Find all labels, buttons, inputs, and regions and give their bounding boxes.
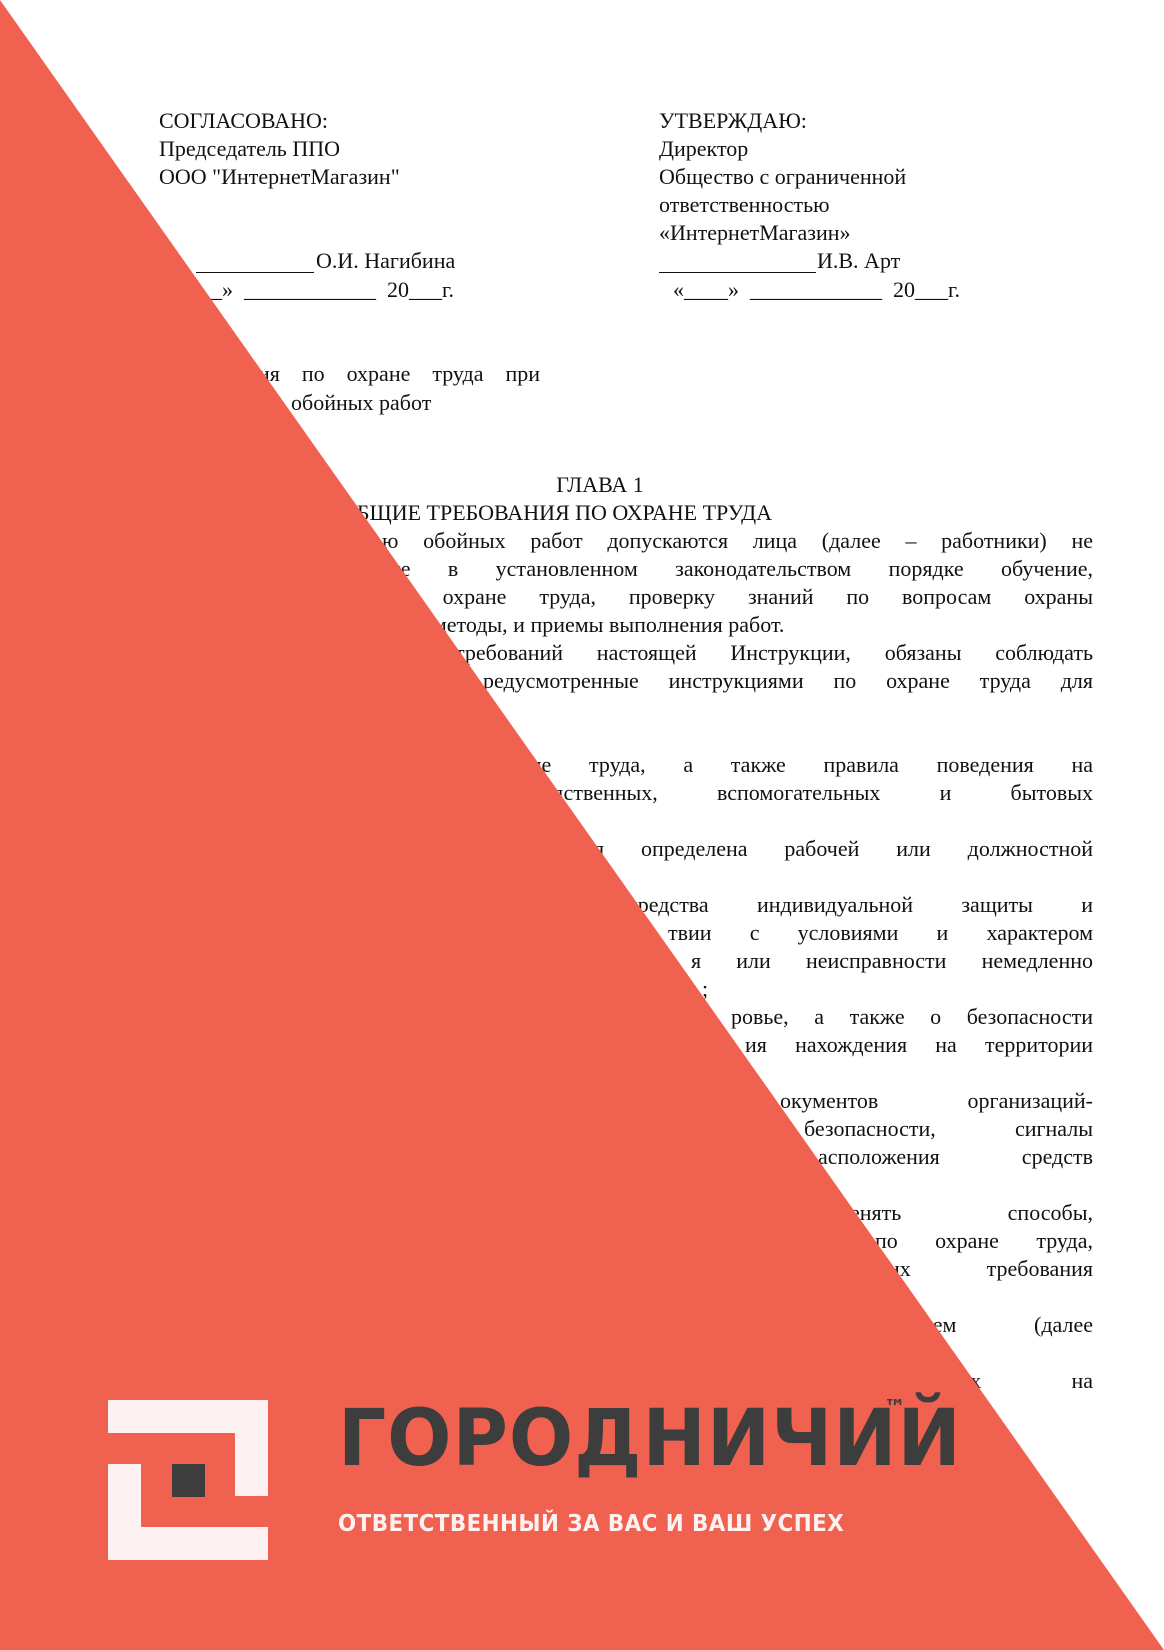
- approval-left-organization: ООО "ИнтернетМагазин": [159, 166, 400, 188]
- approval-left-title: СОГЛАСОВАНО:: [159, 110, 328, 132]
- body-line: ные методы, и приемы выполнения работ.: [391, 614, 784, 636]
- approval-right-signature-name: И.В. Арт: [817, 250, 900, 272]
- approval-left-signature-name: О.И. Нагибина: [316, 250, 455, 272]
- body-line: ия нахождения на территории: [745, 1034, 1093, 1056]
- approval-left-position: Председатель ППО: [159, 138, 340, 160]
- body-line: по охране труда, проверку знаний по вопр…: [387, 586, 1093, 608]
- body-line: твии с условиями и характером: [668, 922, 1093, 944]
- body-line: ровье, а также о безопасности: [731, 1006, 1093, 1028]
- approval-right-organization-2: ответственностью: [659, 194, 830, 216]
- body-line: шие в установленном законодательством по…: [372, 558, 1093, 580]
- body-line: по охране труда,: [875, 1230, 1093, 1252]
- body-line: редусмотренные инструкциями по охране тр…: [483, 670, 1093, 692]
- body-line: я или неисправности немедленно: [691, 950, 1093, 972]
- body-line: я определена рабочей или должностной: [594, 838, 1093, 860]
- body-line: требований настоящей Инструкции, обязаны…: [455, 642, 1093, 664]
- approval-right-position: Директор: [659, 138, 748, 160]
- approval-left-date-line: __» ____________ 20___г.: [200, 279, 454, 301]
- body-line: ием (далее: [921, 1314, 1093, 1336]
- body-line: их требования: [888, 1258, 1093, 1280]
- approval-right-date-line: «____» ____________ 20___г.: [673, 279, 960, 301]
- body-line: безопасности, сигналы: [804, 1118, 1093, 1140]
- approval-right-organization-1: Общество с ограниченной: [659, 166, 906, 188]
- document-title-line-2: обойных работ: [291, 392, 431, 414]
- body-line: асположения средств: [818, 1146, 1093, 1168]
- chapter-number: ГЛАВА 1: [400, 474, 800, 496]
- chapter-title: ОБЩИЕ ТРЕБОВАНИЯ ПО ОХРАНЕ ТРУДА: [341, 502, 772, 524]
- trademark-symbol: ™: [884, 1398, 906, 1420]
- document-title-line-1: ия по охране труда при: [258, 363, 540, 385]
- body-line: енять способы,: [850, 1202, 1093, 1224]
- body-line: ране труда, а также правила поведения на: [509, 754, 1093, 776]
- approval-left-signature-line: [196, 250, 314, 273]
- approval-right-organization-3: «ИнтернетМагазин»: [659, 222, 851, 244]
- body-line: окументов организаций-: [780, 1090, 1093, 1112]
- body-line: ;: [702, 978, 708, 1000]
- body-line: средства индивидуальной защиты и: [628, 894, 1093, 916]
- approval-right-title: УТВЕРЖДАЮ:: [659, 110, 807, 132]
- square-spiral-logo-icon: [108, 1400, 268, 1560]
- body-line: одственных, вспомогательных и бытовых: [542, 782, 1093, 804]
- approval-right-signature-line: [659, 250, 816, 273]
- brand-name: ГОРОДНИЧИЙ: [338, 1400, 962, 1478]
- brand-tagline: ОТВЕТСТВЕННЫЙ ЗА ВАС И ВАШ УСПЕХ: [338, 1513, 844, 1536]
- body-line: ях на: [960, 1370, 1093, 1392]
- body-line: ю обойных работ допускаются лица (далее …: [382, 530, 1093, 552]
